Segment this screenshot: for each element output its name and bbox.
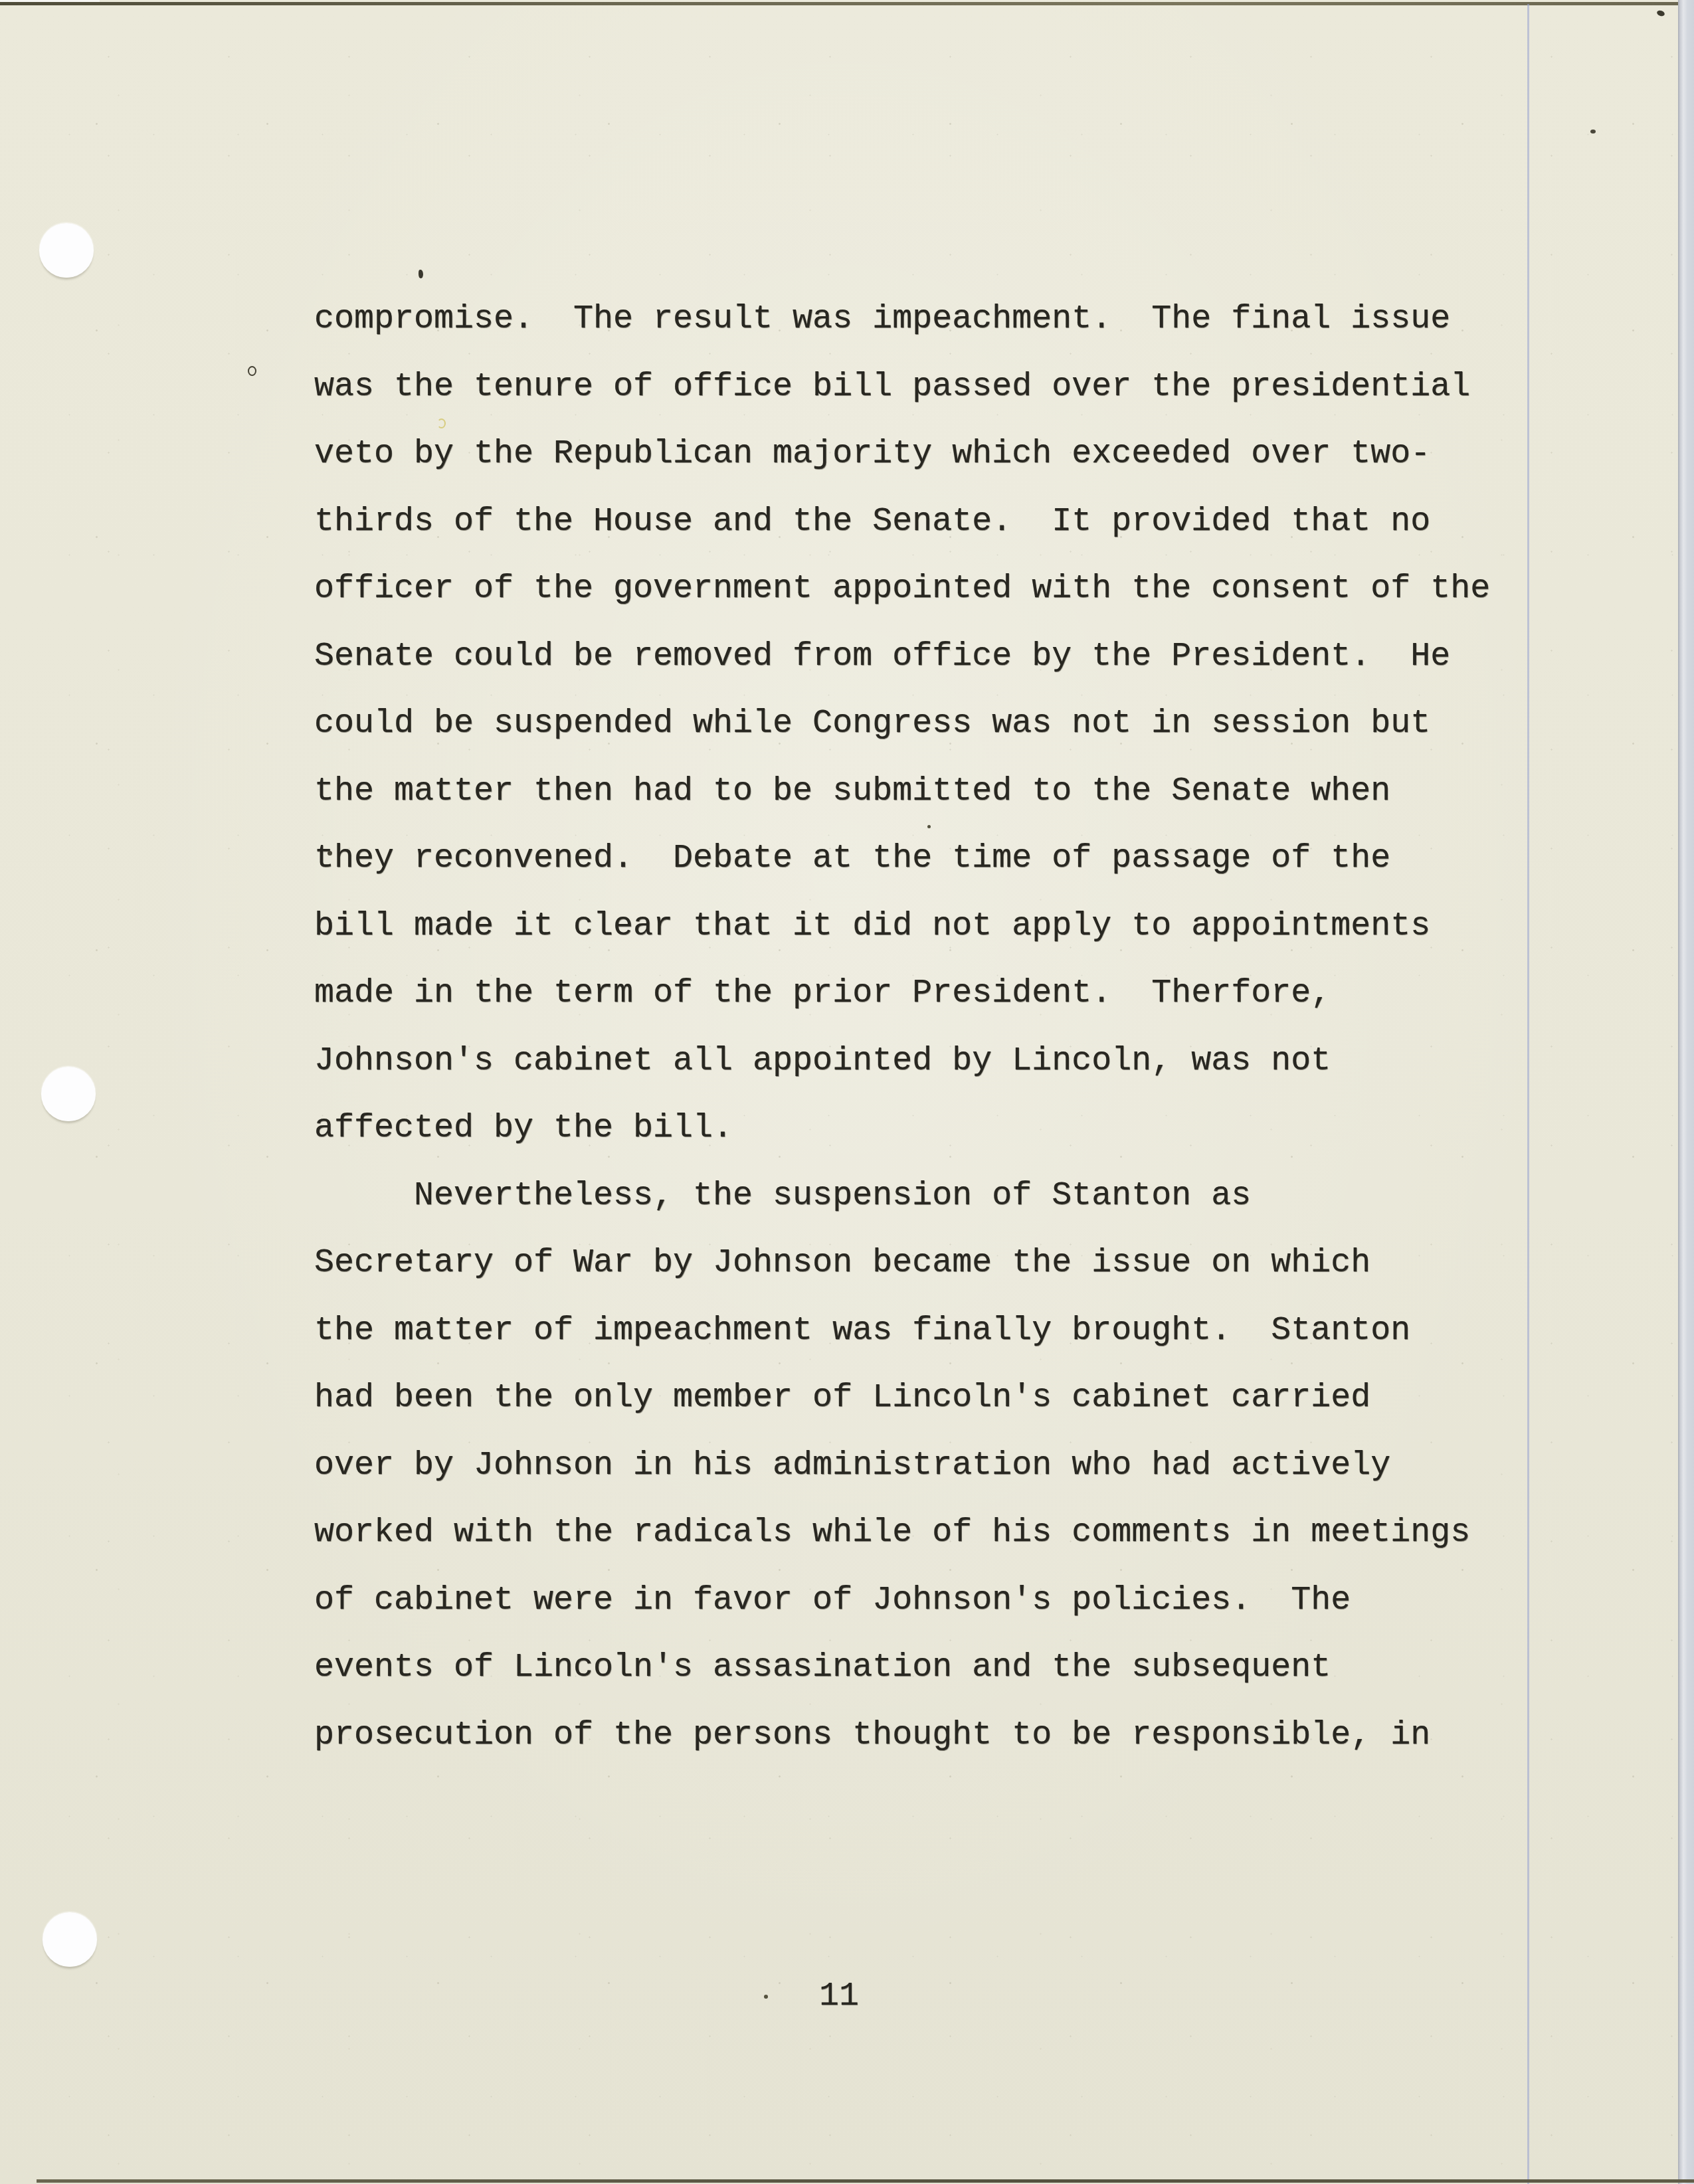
typed-line: Senate could be removed from office by t…	[314, 623, 1490, 691]
typed-line: the matter then had to be submitted to t…	[314, 758, 1490, 826]
typed-line: of cabinet were in favor of Johnson's po…	[314, 1567, 1490, 1635]
stray-ink-mark	[328, 851, 332, 856]
typed-line: prosecution of the persons thought to be…	[314, 1702, 1490, 1770]
hole-punch-bottom	[43, 1912, 97, 1967]
stray-ink-mark	[1590, 130, 1596, 134]
scan-edge-top-line	[0, 2, 1694, 5]
stray-yellow-speck	[437, 418, 446, 428]
typed-line: Johnson's cabinet all appointed by Linco…	[314, 1028, 1490, 1095]
typed-line: was the tenure of office bill passed ove…	[314, 353, 1490, 421]
stray-ink-mark	[1656, 9, 1665, 17]
vertical-rule-line	[1527, 4, 1529, 2184]
stray-ink-mark	[764, 1995, 768, 1999]
hole-punch-middle	[41, 1067, 96, 1121]
typed-line: had been the only member of Lincoln's ca…	[314, 1364, 1490, 1432]
stray-ink-mark	[927, 825, 931, 828]
page-number: 11	[819, 1963, 859, 2031]
stray-ink-mark	[419, 270, 423, 278]
typed-text-block: compromise. The result was impeachment. …	[314, 286, 1490, 1769]
typed-line: compromise. The result was impeachment. …	[314, 286, 1490, 353]
typed-line: Secretary of War by Johnson became the i…	[314, 1229, 1490, 1297]
scanned-page: compromise. The result was impeachment. …	[0, 0, 1694, 2184]
typed-line: officer of the government appointed with…	[314, 555, 1490, 623]
scan-edge-bottom-line	[37, 2179, 1694, 2183]
typed-line: worked with the radicals while of his co…	[314, 1499, 1490, 1567]
typed-line: the matter of impeachment was finally br…	[314, 1297, 1490, 1365]
typed-line: affected by the bill.	[314, 1095, 1490, 1162]
stray-ink-mark	[248, 366, 256, 376]
typed-line: bill made it clear that it did not apply…	[314, 893, 1490, 960]
typed-line: thirds of the House and the Senate. It p…	[314, 488, 1490, 556]
typed-line: Nevertheless, the suspension of Stanton …	[314, 1162, 1490, 1230]
page-right-edge	[1678, 0, 1694, 2184]
typed-line: made in the term of the prior President.…	[314, 960, 1490, 1028]
typed-line: they reconvened. Debate at the time of p…	[314, 825, 1490, 893]
hole-punch-top	[39, 223, 94, 278]
typed-line: veto by the Republican majority which ex…	[314, 420, 1490, 488]
typed-line: over by Johnson in his administration wh…	[314, 1432, 1490, 1500]
typed-line: could be suspended while Congress was no…	[314, 690, 1490, 758]
typed-line: events of Lincoln's assasination and the…	[314, 1634, 1490, 1702]
